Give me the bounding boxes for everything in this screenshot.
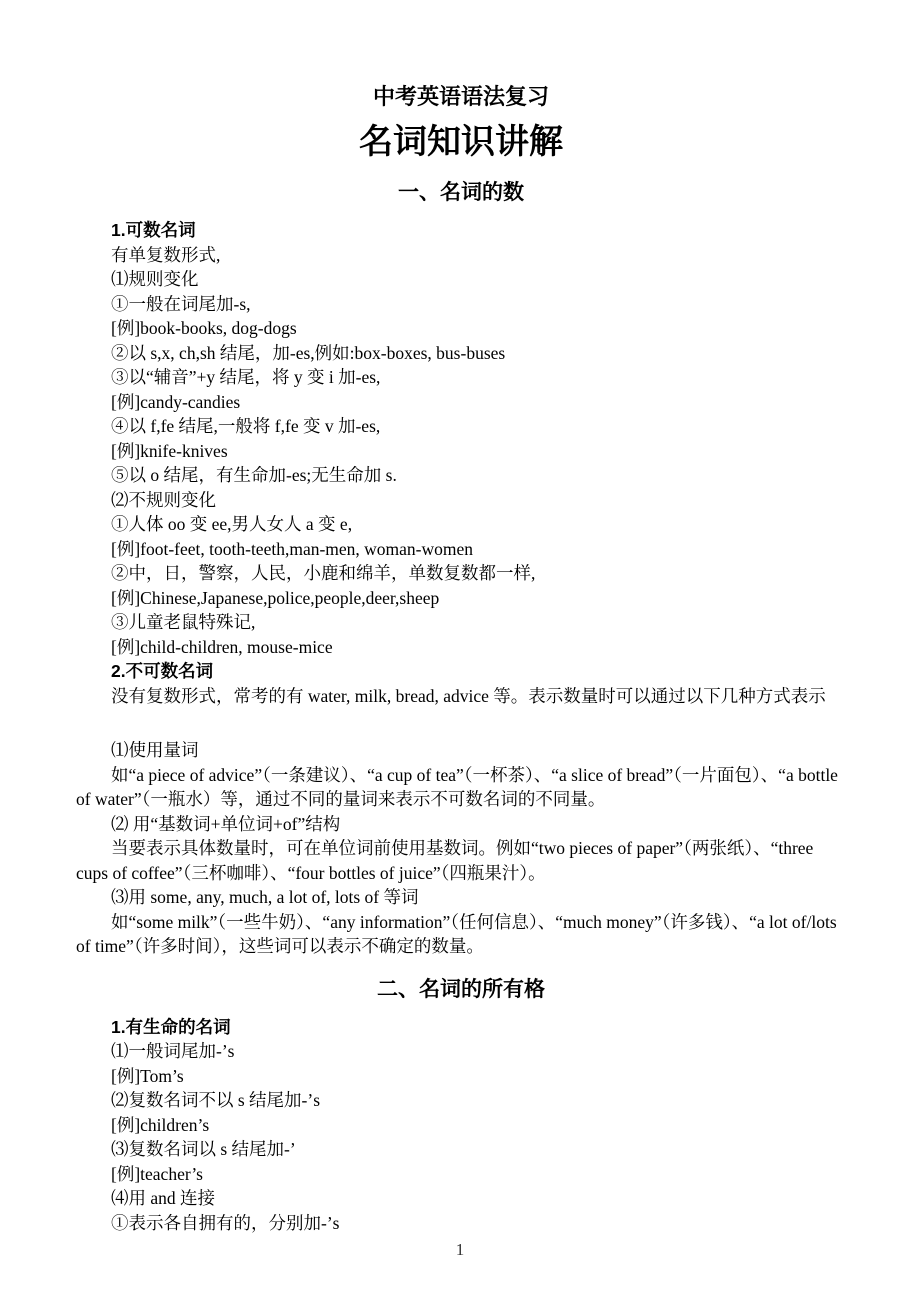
paragraph: ①表示各自拥有的，分别加-’s xyxy=(76,1211,846,1236)
paragraph: [例]book-books, dog-dogs xyxy=(76,316,846,341)
paragraph: [例]child-children, mouse-mice xyxy=(76,635,846,660)
page-number: 1 xyxy=(0,1240,920,1260)
paragraph: ⑶复数名词以 s 结尾加-’ xyxy=(76,1137,846,1162)
subsection-title: 2.不可数名词 xyxy=(76,659,846,684)
paragraph: 当要表示具体数量时，可在单位词前使用基数词。例如“two pieces of p… xyxy=(76,836,846,885)
subsection-title: 1.可数名词 xyxy=(76,218,846,243)
paragraph: 如“some milk”（一些牛奶）、“any information”（任何信… xyxy=(76,910,846,959)
paragraph: ②以 s,x, ch,sh 结尾，加-es,例如:box-boxes, bus-… xyxy=(76,341,846,366)
paragraph: [例]Tom’s xyxy=(76,1064,846,1089)
paragraph: ⑴规则变化 xyxy=(76,267,846,292)
document-title: 名词知识讲解 xyxy=(76,122,846,162)
paragraph: [例]candy-candies xyxy=(76,390,846,415)
paragraph: ⑴一般词尾加-’s xyxy=(76,1039,846,1064)
paragraph: ③儿童老鼠特殊记, xyxy=(76,610,846,635)
paragraph: ②中，日，警察，人民，小鹿和绵羊，单数复数都一样, xyxy=(76,561,846,586)
paragraph: ③以“辅音”+y 结尾，将 y 变 i 加-es, xyxy=(76,365,846,390)
document-body: 一、名词的数1.可数名词有单复数形式,⑴规则变化①一般在词尾加-s,[例]boo… xyxy=(76,179,846,1235)
paragraph: [例]teacher’s xyxy=(76,1162,846,1187)
paragraph: [例]foot-feet, tooth-teeth,man-men, woman… xyxy=(76,537,846,562)
paragraph: ⑤以 o 结尾，有生命加-es;无生命加 s. xyxy=(76,463,846,488)
document-content: 中考英语语法复习 名词知识讲解 一、名词的数1.可数名词有单复数形式,⑴规则变化… xyxy=(76,84,846,1235)
paragraph: ⑶用 some, any, much, a lot of, lots of 等词 xyxy=(76,885,846,910)
subsection-title: 1.有生命的名词 xyxy=(76,1015,846,1040)
blank-line xyxy=(76,708,846,738)
section-heading: 二、名词的所有格 xyxy=(76,976,846,1004)
paragraph: ⑷用 and 连接 xyxy=(76,1186,846,1211)
paragraph: [例]children’s xyxy=(76,1113,846,1138)
paragraph: 如“a piece of advice”（一条建议）、“a cup of tea… xyxy=(76,763,846,812)
paragraph: [例]knife-knives xyxy=(76,439,846,464)
paragraph: ⑴使用量词 xyxy=(76,738,846,763)
paragraph: 有单复数形式, xyxy=(76,243,846,268)
paragraph: ①一般在词尾加-s, xyxy=(76,292,846,317)
paragraph: ⑵ 用“基数词+单位词+of”结构 xyxy=(76,812,846,837)
paragraph: ④以 f,fe 结尾,一般将 f,fe 变 v 加-es, xyxy=(76,414,846,439)
document-subtitle: 中考英语语法复习 xyxy=(76,84,846,110)
paragraph: ①人体 oo 变 ee,男人女人 a 变 e, xyxy=(76,512,846,537)
paragraph: [例]Chinese,Japanese,police,people,deer,s… xyxy=(76,586,846,611)
section-heading: 一、名词的数 xyxy=(76,179,846,207)
paragraph: 没有复数形式，常考的有 water, milk, bread, advice 等… xyxy=(76,684,846,709)
document-page: 中考英语语法复习 名词知识讲解 一、名词的数1.可数名词有单复数形式,⑴规则变化… xyxy=(0,0,920,1302)
paragraph: ⑵不规则变化 xyxy=(76,488,846,513)
paragraph: ⑵复数名词不以 s 结尾加-’s xyxy=(76,1088,846,1113)
